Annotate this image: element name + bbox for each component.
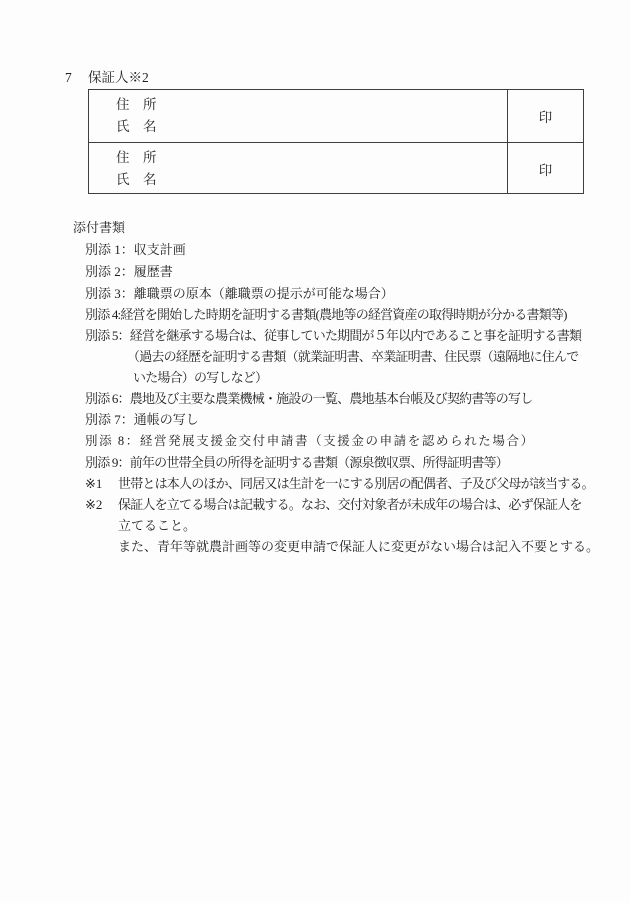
section-number: 7 <box>65 70 88 86</box>
document-page: 7 保証人※2 住 所 氏 名 印 住 所 氏 名 印 添付書類 別添 1：収支… <box>0 0 630 903</box>
attachment-item-5-line-3: いた場合）の写しなど） <box>133 370 267 386</box>
attachments-heading: 添付書類 <box>73 220 125 236</box>
guarantor-2-name-label: 氏 名 <box>116 169 507 191</box>
attachment-item-4: 別添 4:経営を開始した時期を証明する書類(農地等の経営資産の取得時期が分かる書… <box>85 307 567 323</box>
attachment-item-5-line-1: 別添 5：経営を継承する場合は、従事していた期間が５年以内であること事を証明する… <box>85 328 581 344</box>
guarantor-2-address-label: 住 所 <box>116 147 507 169</box>
attachment-item-5-line-2: （過去の経歴を証明する書類（就業証明書、卒業証明書、住民票（遠隔地に住んで <box>127 349 578 365</box>
guarantor-table: 住 所 氏 名 印 住 所 氏 名 印 <box>88 89 584 194</box>
guarantor-row-1-fields: 住 所 氏 名 <box>89 90 507 142</box>
guarantor-1-seal-cell: 印 <box>507 90 583 142</box>
guarantor-2-seal-cell: 印 <box>507 142 583 194</box>
section-heading: 7 保証人※2 <box>65 70 149 86</box>
attachment-item-9: 別添 9：前年の世帯全員の所得を証明する書類（源泉徴収票、所得証明書等） <box>85 455 508 471</box>
guarantor-1-address-label: 住 所 <box>116 94 507 116</box>
attachment-item-6: 別添 6：農地及び主要な農業機械・施設の一覧、農地基本台帳及び契約書等の写し <box>85 391 532 407</box>
guarantor-row-2-fields: 住 所 氏 名 <box>89 142 507 194</box>
footnote-1-marker: ※1 <box>85 476 118 492</box>
footnote-2-marker: ※2 <box>85 497 118 513</box>
footnote-1: ※1 世帯とは本人のほか、同居又は生計を一にする別居の配偶者、子及び父母が該当す… <box>85 476 594 492</box>
footnote-2-line-2: 立てること。 <box>118 518 196 534</box>
attachment-item-2: 別添 2：履歴書 <box>85 264 173 280</box>
footnote-2-line-3: また、青年等就農計画等の変更申請で保証人に変更がない場合は記入不要とする。 <box>118 539 599 555</box>
footnote-2-line-1: ※2 保証人を立てる場合は記載する。なお、交付対象者が未成年の場合は、必ず保証人… <box>85 497 582 513</box>
attachment-item-7: 別添 7：通帳の写し <box>85 412 199 428</box>
footnote-2-text-line-1: 保証人を立てる場合は記載する。なお、交付対象者が未成年の場合は、必ず保証人を <box>118 497 582 513</box>
guarantor-1-name-label: 氏 名 <box>116 116 507 138</box>
attachment-item-8: 別添 8：経営発展支援金交付申請書（支援金の申請を認められた場合） <box>85 433 535 449</box>
attachment-item-1: 別添 1：収支計画 <box>85 242 186 258</box>
section-title: 保証人※2 <box>88 70 149 86</box>
footnote-1-text: 世帯とは本人のほか、同居又は生計を一にする別居の配偶者、子及び父母が該当する。 <box>118 476 594 492</box>
attachment-item-3: 別添 3：離職票の原本（離職票の提示が可能な場合） <box>85 286 394 302</box>
